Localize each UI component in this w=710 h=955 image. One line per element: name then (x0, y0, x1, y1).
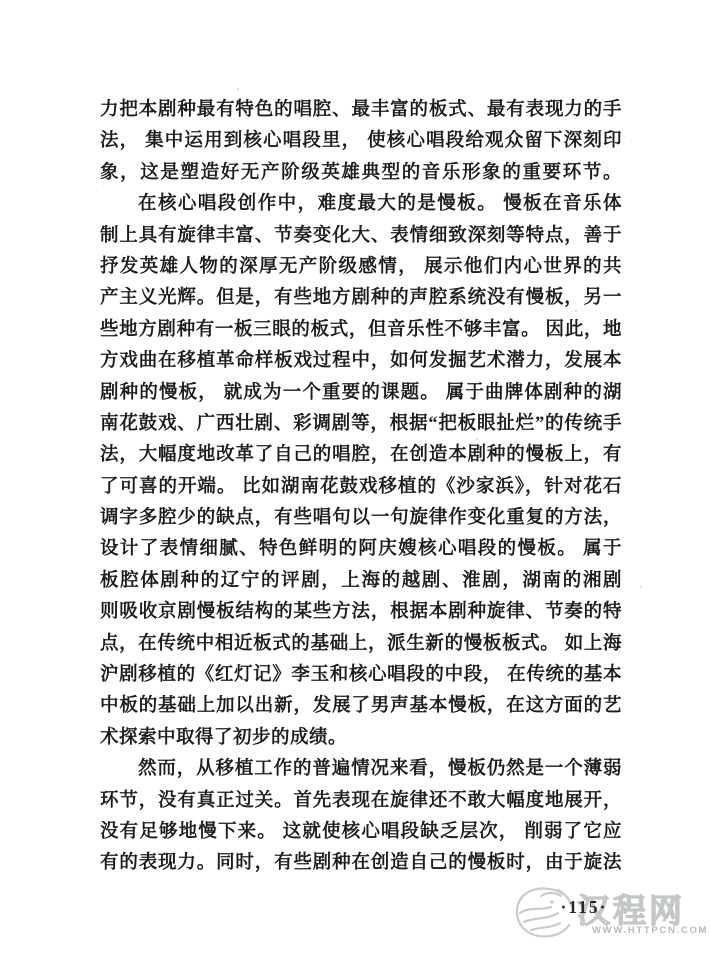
text-line: 法， 集中运用到核心唱段里， 使核心唱段给观众留下深刻印 (100, 126, 622, 157)
text-line: 南花鼓戏、广西壮剧、彩调剧等，根据“把板眼扯烂”的传统手 (100, 409, 622, 440)
scan-speck (476, 438, 478, 440)
text-line: 在核心唱段创作中，难度最大的是慢板。 慢板在音乐体 (100, 189, 622, 220)
text-line: 法，大幅度地改革了自己的唱腔，在创造本剧种的慢板上，有 (100, 440, 622, 471)
scan-speck (624, 136, 625, 137)
page-text: 力把本剧种最有特色的唱腔、最丰富的板式、最有表现力的手法， 集中运用到核心唱段里… (100, 95, 622, 880)
scan-speck (140, 521, 141, 522)
watermark-site-url: WWW.HTTPCN.COM (592, 925, 708, 936)
text-line: 设计了表情细腻、特色鲜明的阿庆嫂核心唱段的慢板。 属于 (100, 534, 622, 565)
text-line: 调字多腔少的缺点，有些唱句以一句旋律作变化重复的方法， (100, 503, 622, 534)
scan-speck (237, 88, 239, 90)
text-line: 然而，从移植工作的普遍情况来看，慢板仍然是一个薄弱 (100, 754, 622, 785)
text-line: 抒发英雄人物的深厚无产阶级感情， 展示他们内心世界的共 (100, 252, 622, 283)
text-line: 沪剧移植的《红灯记》李玉和核心唱段的中段， 在传统的基本 (100, 660, 622, 691)
text-line: 些地方剧种有一板三眼的板式，但音乐性不够丰富。 因此，地 (100, 315, 622, 346)
text-line: 剧种的慢板， 就成为一个重要的课题。 属于曲牌体剧种的湖 (100, 378, 622, 409)
text-line: 术探索中取得了初步的成绩。 (100, 723, 622, 754)
text-line: 象，这是塑造好无产阶级英雄典型的音乐形象的重要环节。 (100, 158, 622, 189)
scanned-book-page: 力把本剧种最有特色的唱腔、最丰富的板式、最有表现力的手法， 集中运用到核心唱段里… (0, 0, 710, 955)
scan-speck (96, 190, 97, 191)
text-line: 板腔体剧种的辽宁的评剧，上海的越剧、淮剧，湖南的湘剧等， (100, 566, 622, 597)
scan-speck (575, 310, 577, 312)
text-line: 有的表现力。同时，有些剧种在创造自己的慢板时，由于旋法 (100, 848, 622, 879)
text-line: 则吸收京剧慢板结构的某些方法，根据本剧种旋律、节奏的特 (100, 597, 622, 628)
text-line: 产主义光辉。但是，有些地方剧种的声腔系统没有慢板，另一 (100, 283, 622, 314)
text-line: 制上具有旋律丰富、节奏变化大、表情细致深刻等特点，善于 (100, 221, 622, 252)
text-line: 了可喜的开端。 比如湖南花鼓戏移植的《沙家浜》，针对花石 (100, 472, 622, 503)
text-line: 没有足够地慢下来。 这就使核心唱段缺乏层次， 削弱了它应 (100, 817, 622, 848)
page-number: ·115· (556, 897, 612, 918)
text-line: 力把本剧种最有特色的唱腔、最丰富的板式、最有表现力的手 (100, 95, 622, 126)
text-line: 方戏曲在移植革命样板戏过程中，如何发掘艺术潜力，发展本 (100, 346, 622, 377)
text-line: 中板的基础上加以出新，发展了男声基本慢板，在这方面的艺 (100, 691, 622, 722)
text-line: 点，在传统中相近板式的基础上，派生新的慢板板式。 如上海 (100, 629, 622, 660)
text-line: 环节，没有真正过关。首先表现在旋律还不敢大幅度地展开， (100, 786, 622, 817)
scan-speck (640, 586, 642, 588)
scan-speck (300, 766, 301, 767)
